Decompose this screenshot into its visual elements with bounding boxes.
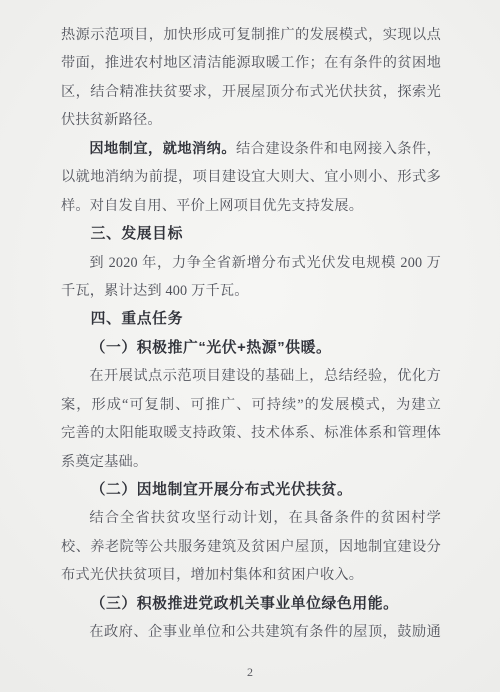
doc-line: 结合全省扶贫攻坚行动计划，在具备条件的贫困村学	[61, 504, 441, 532]
doc-line: 千瓦，累计达到 400 万千瓦。	[61, 277, 441, 305]
bold-lead-text: 因地制宜，就地消纳。	[89, 141, 236, 157]
doc-line: 布式光伏扶贫项目，增加村集体和贫困户收入。	[61, 561, 441, 589]
subsection-heading-2: （二）因地制宜开展分布式光伏扶贫。	[61, 476, 441, 504]
subsection-heading-1: （一）积极推广“光伏+热源”供暖。	[61, 334, 441, 362]
doc-line: 系奠定基础。	[61, 448, 441, 476]
doc-line: 热源示范项目，加快形成可复制推广的发展模式，实现以点	[61, 21, 441, 49]
page-number: 2	[0, 665, 500, 680]
page-background: 热源示范项目，加快形成可复制推广的发展模式，实现以点 带面，推进农村地区清洁能源…	[0, 0, 500, 692]
section-heading-4: 四、重点任务	[61, 305, 441, 333]
lead-rest-text: 结合建设条件和电网接入条件，	[236, 141, 441, 157]
document-text-block: 热源示范项目，加快形成可复制推广的发展模式，实现以点 带面，推进农村地区清洁能源…	[61, 21, 441, 647]
doc-line: 在政府、企事业单位和公共建筑有条件的屋顶，鼓励通	[61, 618, 441, 646]
doc-line: 样。对自发自用、平价上网项目优先支持发展。	[61, 192, 441, 220]
subsection-heading-3: （三）积极推进党政机关事业单位绿色用能。	[61, 590, 441, 618]
doc-line: 到 2020 年，力争全省新增分布式光伏发电规模 200 万	[61, 249, 441, 277]
doc-line: 校、养老院等公共服务建筑及贫困户屋顶，因地制宜建设分	[61, 533, 441, 561]
section-heading-3: 三、发展目标	[61, 220, 441, 248]
doc-line: 区，结合精准扶贫要求，开展屋顶分布式光伏扶贫，探索光	[61, 78, 441, 106]
doc-line-bold-lead: 因地制宜，就地消纳。结合建设条件和电网接入条件，	[61, 135, 441, 163]
doc-line: 带面，推进农村地区清洁能源取暖工作；在有条件的贫困地	[61, 49, 441, 77]
doc-line: 案，形成“可复制、可推广、可持续”的发展模式，为建立	[61, 391, 441, 419]
doc-line: 完善的太阳能取暖支持政策、技术体系、标准体系和管理体	[61, 419, 441, 447]
doc-line: 以就地消纳为前提，项目建设宜大则大、宜小则小、形式多	[61, 163, 441, 191]
doc-line: 伏扶贫新路径。	[61, 106, 441, 134]
doc-line: 在开展试点示范项目建设的基础上，总结经验，优化方	[61, 362, 441, 390]
scanned-document-page: { "page": { "number": "2", "colors": { "…	[0, 0, 500, 692]
